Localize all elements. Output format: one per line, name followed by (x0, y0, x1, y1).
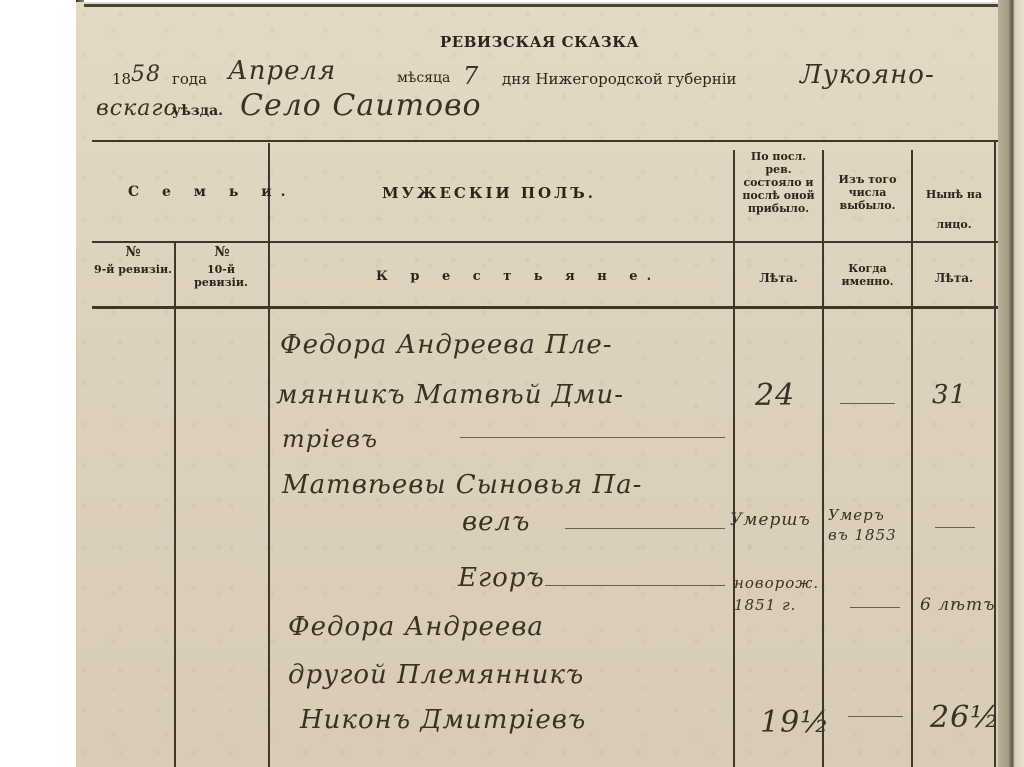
month-handwritten: Апреля (228, 56, 336, 86)
col-divider-rev9-rev10 (174, 241, 176, 767)
row1-fill-line (460, 437, 725, 438)
year-prefix: 18 (112, 70, 131, 88)
subheader-peasants: К р е с т ь я н е. (376, 269, 660, 284)
mesyatsa-label: мѣсяца (397, 70, 450, 86)
subheader-rev9: 9-й ревизiи. (94, 263, 172, 276)
uezda-label: уѣзда. (172, 103, 223, 119)
rule-header-top (92, 140, 998, 142)
village-handwritten: Село Саитово (240, 88, 482, 123)
row4-age-now: 26½ (930, 700, 1000, 735)
row1-age-now: 31 (932, 380, 967, 410)
col-divider-right-edge (994, 140, 996, 767)
row1-left-dash (840, 403, 895, 404)
subheader-years-2: Лѣта. (914, 272, 994, 285)
row3-age-last-revision: новорож. 1851 г. (734, 572, 824, 616)
subheader-rev10-number-sign: № (176, 246, 268, 259)
row2-name-line1: Матвѣевы Сыновья Па- (282, 470, 642, 500)
row4-name-line3: Никонъ Дмитрiевъ (300, 705, 586, 735)
district-handwritten-1: Лукояно- (800, 60, 935, 90)
book-binding-right (998, 0, 1024, 767)
col-divider-years-when (822, 150, 824, 767)
subheader-when-exactly: Когда именно. (825, 262, 910, 288)
row3-fill-line (545, 585, 725, 586)
row2-now-dash (935, 527, 975, 528)
subheader-rev9-number-sign: № (92, 246, 174, 259)
row2-fill-line (565, 528, 725, 529)
header-last-revision: По посл. рев. состояло и послѣ оной приб… (736, 150, 821, 215)
col-divider-when-now (911, 150, 913, 767)
col-divider-names-years (733, 150, 735, 767)
year-handwritten: 58 (131, 62, 161, 87)
row1-name-line3: трiевъ (282, 425, 378, 453)
row2-left-when: Умеръ въ 1853 (828, 505, 910, 545)
rule-header-bottom (92, 306, 998, 309)
top-border-rule (84, 4, 998, 7)
row3-left-dash (850, 607, 900, 608)
row1-age-last-revision: 24 (755, 378, 795, 413)
row3-name-line1: Егоръ (458, 563, 545, 593)
row4-name-line1: Федора Андреева (288, 612, 544, 642)
row4-age-last-revision: 19½ (760, 705, 830, 740)
district-handwritten-2: вскаго (96, 96, 178, 121)
header-present-now: Нынѣ на лицо. (914, 180, 994, 240)
row2-name-line2: велъ (462, 507, 530, 537)
col-divider-families-names (268, 143, 270, 767)
header-male-sex: МУЖЕСКIИ ПОЛЪ. (382, 184, 596, 202)
document-title: РЕВИЗСКАЯ СКАЗКА (440, 33, 639, 51)
row1-name-line1: Федора Андреева Пле- (280, 330, 613, 360)
subheader-years-1: Лѣта. (736, 272, 821, 285)
header-of-which-left: Изъ того числа выбыло. (825, 173, 910, 212)
rule-header-mid (92, 241, 998, 243)
row3-age-now: 6 лѣтъ (920, 595, 996, 615)
goda-label: года (172, 70, 207, 88)
row4-name-line2: другой Племянникъ (288, 660, 584, 690)
row1-name-line2: мянникъ Матвѣй Дми- (276, 380, 624, 410)
subheader-rev10: 10-й ревизiи. (180, 263, 262, 289)
day-handwritten: 7 (463, 62, 479, 90)
header-families: С е м ь и. (128, 184, 294, 200)
row2-age-last-revision: Умершъ (730, 510, 811, 530)
province-label: дня Нижегородской губернiи (502, 70, 737, 88)
row4-left-dash (848, 716, 903, 717)
